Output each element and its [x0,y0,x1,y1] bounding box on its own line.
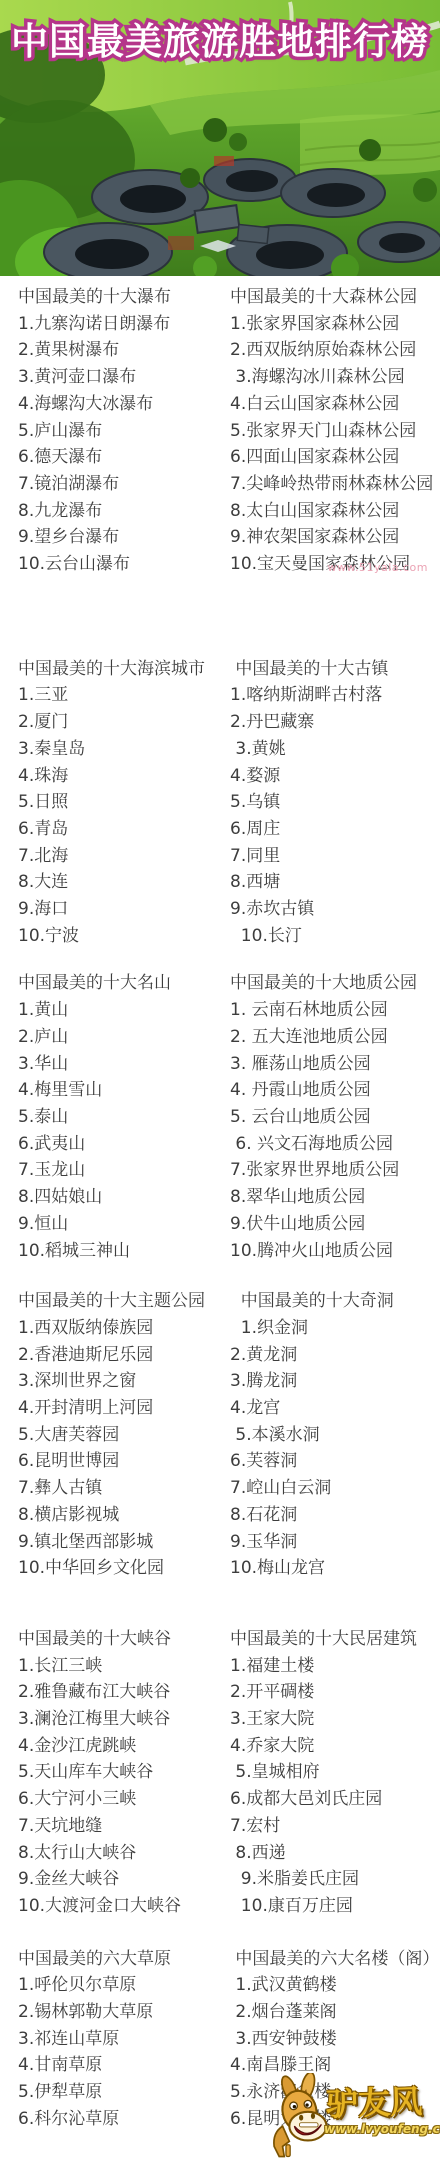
list-header: 中国最美的十大古镇 [230,656,440,683]
list-item: 3. 雁荡山地质公园 [230,1051,440,1078]
right-column: 中国最美的十大森林公园1.张家界国家森林公园2.西双版纳原始森林公园 3.海螺沟… [212,284,440,578]
list-item: 6.成都大邑刘氏庄园 [230,1786,440,1813]
list-item: 3.黄姚 [230,736,440,763]
list-item: 1.喀纳斯湖畔古村落 [230,682,440,709]
list-item: 4.甘南草原 [18,2052,212,2079]
list-item: 9.赤坎古镇 [230,896,440,923]
list-item: 7.张家界世界地质公园 [230,1157,440,1184]
list-item: 5.伊犁草原 [18,2079,212,2106]
list-item: 1.长江三峡 [18,1653,212,1680]
list-item: 3.黄河壶口瀑布 [18,364,212,391]
list-item: 7.崆山白云洞 [230,1475,440,1502]
list-item: 2.黄龙洞 [230,1342,440,1369]
list-item: 8.太白山国家森林公园 [230,498,440,525]
list-header: 中国最美的十大瀑布 [18,284,212,311]
list-item: 10.梅山龙宫 [230,1555,440,1582]
right-column: 中国最美的十大奇洞 1.织金洞2.黄龙洞3.腾龙洞4.龙宫 5.本溪水洞6.芙蓉… [212,1288,440,1582]
list-item: 6.武夷山 [18,1131,212,1158]
list-item: 6. 兴文石海地质公园 [230,1131,440,1158]
list-item: 9.金丝大峡谷 [18,1866,212,1893]
list-item: 3.腾龙洞 [230,1368,440,1395]
list-item: 2.香港迪斯尼乐园 [18,1342,212,1369]
list-item: 5.乌镇 [230,789,440,816]
list-item: 10.腾冲火山地质公园 [230,1238,440,1265]
ranking-section: 中国最美的十大瀑布1.九寨沟诺日朗瀑布2.黄果树瀑布3.黄河壶口瀑布4.海螺沟大… [0,284,440,578]
list-item: 6.四面山国家森林公园 [230,444,440,471]
list-header: 中国最美的十大奇洞 [230,1288,440,1315]
list-header: 中国最美的十大森林公园 [230,284,440,311]
list-item: 8.石花洞 [230,1502,440,1529]
list-item: 1.织金洞 [230,1315,440,1342]
list-item: 2.雅鲁藏布江大峡谷 [18,1679,212,1706]
list-item: 6.芙蓉洞 [230,1448,440,1475]
list-item: 9.望乡台瀑布 [18,524,212,551]
list-item: 1.黄山 [18,997,212,1024]
left-column: 中国最美的十大瀑布1.九寨沟诺日朗瀑布2.黄果树瀑布3.黄河壶口瀑布4.海螺沟大… [0,284,212,578]
list-item: 1.张家界国家森林公园 [230,311,440,338]
list-item: 8.横店影视城 [18,1502,212,1529]
list-item: 2. 五大连池地质公园 [230,1024,440,1051]
list-item: 3.华山 [18,1051,212,1078]
list-item: 7.北海 [18,843,212,870]
list-item: 9.海口 [18,896,212,923]
list-item: 2.黄果树瀑布 [18,337,212,364]
list-item: 5.本溪水洞 [230,1422,440,1449]
list-header: 中国最美的六大名楼（阁） [230,1946,440,1973]
list-item: 10.康百万庄园 [230,1893,440,1920]
list-item: 8.大连 [18,869,212,896]
right-column: 中国最美的十大民居建筑1.福建土楼2.开平碉楼3.王家大院4.乔家大院 5.皇城… [212,1626,440,1920]
list-item: 8.四姑娘山 [18,1184,212,1211]
ranking-section: 中国最美的十大海滨城市1.三亚2.厦门3.秦皇岛4.珠海5.日照6.青岛7.北海… [0,656,440,950]
left-column: 中国最美的十大名山1.黄山2.庐山3.华山4.梅里雪山5.泰山6.武夷山7.玉龙… [0,970,212,1264]
list-item: 10.稻城三神山 [18,1238,212,1265]
list-header: 中国最美的十大民居建筑 [230,1626,440,1653]
left-column: 中国最美的十大峡谷1.长江三峡2.雅鲁藏布江大峡谷3.澜沧江梅里大峡谷4.金沙江… [0,1626,212,1920]
list-item: 3.海螺沟冰川森林公园 [230,364,440,391]
list-item: 7.同里 [230,843,440,870]
list-item: 4.开封清明上河园 [18,1395,212,1422]
list-item: 1.西双版纳傣族园 [18,1315,212,1342]
list-item: 9.伏牛山地质公园 [230,1211,440,1238]
list-item: 9.恒山 [18,1211,212,1238]
list-header: 中国最美的十大峡谷 [18,1626,212,1653]
list-item: 6.德天瀑布 [18,444,212,471]
list-item: 2.厦门 [18,709,212,736]
list-item: 6.周庄 [230,816,440,843]
list-item: 3.王家大院 [230,1706,440,1733]
list-header: 中国最美的十大地质公园 [230,970,440,997]
site-logo: 驴友风 www.lvyoufeng.com [264,2070,440,2159]
list-item: 2.锡林郭勒大草原 [18,1999,212,2026]
list-item: 3.深圳世界之窗 [18,1368,212,1395]
list-header: 中国最美的十大海滨城市 [18,656,212,683]
list-item: 7.天坑地缝 [18,1813,212,1840]
ranking-section: 中国最美的十大峡谷1.长江三峡2.雅鲁藏布江大峡谷3.澜沧江梅里大峡谷4.金沙江… [0,1626,440,1920]
hero-photo: 中国最美旅游胜地排行榜 中国最美旅游胜地排行榜 [0,0,440,276]
list-item: 1.呼伦贝尔草原 [18,1972,212,1999]
list-item: 7.尖峰岭热带雨林森林公园 [230,471,440,498]
list-header: 中国最美的六大草原 [18,1946,212,1973]
list-header: 中国最美的十大主题公园 [18,1288,212,1315]
list-item: 5.天山库车大峡谷 [18,1759,212,1786]
list-item: 5.泰山 [18,1104,212,1131]
list-item: 8.西递 [230,1840,440,1867]
list-item: 5.日照 [18,789,212,816]
list-item: 4.珠海 [18,763,212,790]
page-title-text: 中国最美旅游胜地排行榜 [0,16,440,68]
list-item: 6.青岛 [18,816,212,843]
list-item: 8.九龙瀑布 [18,498,212,525]
list-item: 3.秦皇岛 [18,736,212,763]
list-item: 2.烟台蓬莱阁 [230,1999,440,2026]
site-logo-name: 驴友风 [325,2076,423,2125]
list-item: 10.云台山瀑布 [18,551,212,578]
list-item: 2.庐山 [18,1024,212,1051]
list-item: 7.玉龙山 [18,1157,212,1184]
list-item: 5.庐山瀑布 [18,418,212,445]
list-item: 4. 丹霞山地质公园 [230,1077,440,1104]
list-header: 中国最美的十大名山 [18,970,212,997]
list-item: 4.乔家大院 [230,1733,440,1760]
list-item: 4.梅里雪山 [18,1077,212,1104]
list-item: 2.西双版纳原始森林公园 [230,337,440,364]
ranking-section: 中国最美的十大主题公园1.西双版纳傣族园2.香港迪斯尼乐园3.深圳世界之窗4.开… [0,1288,440,1582]
list-item: 5.张家界天门山森林公园 [230,418,440,445]
list-item: 9.米脂姜氏庄园 [230,1866,440,1893]
list-item: 3.澜沧江梅里大峡谷 [18,1706,212,1733]
list-item: 7.宏村 [230,1813,440,1840]
list-item: 1.九寨沟诺日朗瀑布 [18,311,212,338]
watermark-url: www.51yala.com [327,561,428,574]
list-item: 8.翠华山地质公园 [230,1184,440,1211]
page: 中国最美旅游胜地排行榜 中国最美旅游胜地排行榜 www.51yala.com 中… [0,0,440,2159]
list-item: 3.祁连山草原 [18,2026,212,2053]
list-item: 9.镇北堡西部影城 [18,1529,212,1556]
list-item: 4.白云山国家森林公园 [230,391,440,418]
list-item: 9.玉华洞 [230,1529,440,1556]
list-item: 1. 云南石林地质公园 [230,997,440,1024]
list-item: 2.丹巴藏寨 [230,709,440,736]
list-item: 7.镜泊湖瀑布 [18,471,212,498]
list-item: 5.皇城相府 [230,1759,440,1786]
list-item: 10.大渡河金口大峡谷 [18,1893,212,1920]
list-item: 4.海螺沟大冰瀑布 [18,391,212,418]
list-item: 10.中华回乡文化园 [18,1555,212,1582]
list-item: 1.武汉黄鹤楼 [230,1972,440,1999]
list-item: 3.西安钟鼓楼 [230,2026,440,2053]
left-column: 中国最美的六大草原1.呼伦贝尔草原2.锡林郭勒大草原3.祁连山草原4.甘南草原5… [0,1946,212,2133]
list-item: 4.金沙江虎跳峡 [18,1733,212,1760]
list-item: 4.龙宫 [230,1395,440,1422]
list-item: 6.大宁河小三峡 [18,1786,212,1813]
list-item: 7.彝人古镇 [18,1475,212,1502]
left-column: 中国最美的十大主题公园1.西双版纳傣族园2.香港迪斯尼乐园3.深圳世界之窗4.开… [0,1288,212,1582]
list-item: 6.科尔沁草原 [18,2106,212,2133]
page-title: 中国最美旅游胜地排行榜 中国最美旅游胜地排行榜 [0,16,440,68]
ranking-section: 中国最美的十大名山1.黄山2.庐山3.华山4.梅里雪山5.泰山6.武夷山7.玉龙… [0,970,440,1264]
left-column: 中国最美的十大海滨城市1.三亚2.厦门3.秦皇岛4.珠海5.日照6.青岛7.北海… [0,656,212,950]
list-item: 1.三亚 [18,682,212,709]
list-item: 5.大唐芙蓉园 [18,1422,212,1449]
right-column: 中国最美的十大地质公园1. 云南石林地质公园2. 五大连池地质公园3. 雁荡山地… [212,970,440,1264]
list-item: 6.昆明世博园 [18,1448,212,1475]
list-item: 2.开平碉楼 [230,1679,440,1706]
list-item: 10.长汀 [230,923,440,950]
right-column: 中国最美的十大古镇1.喀纳斯湖畔古村落2.丹巴藏寨 3.黄姚4.婺源5.乌镇6.… [212,656,440,950]
list-item: 1.福建土楼 [230,1653,440,1680]
site-logo-url: www.lvyoufeng.com [324,2122,440,2136]
list-item: 9.神农架国家森林公园 [230,524,440,551]
list-item: 8.太行山大峡谷 [18,1840,212,1867]
list-item: 4.婺源 [230,763,440,790]
list-item: 10.宁波 [18,923,212,950]
list-item: 5. 云台山地质公园 [230,1104,440,1131]
list-item: 8.西塘 [230,869,440,896]
